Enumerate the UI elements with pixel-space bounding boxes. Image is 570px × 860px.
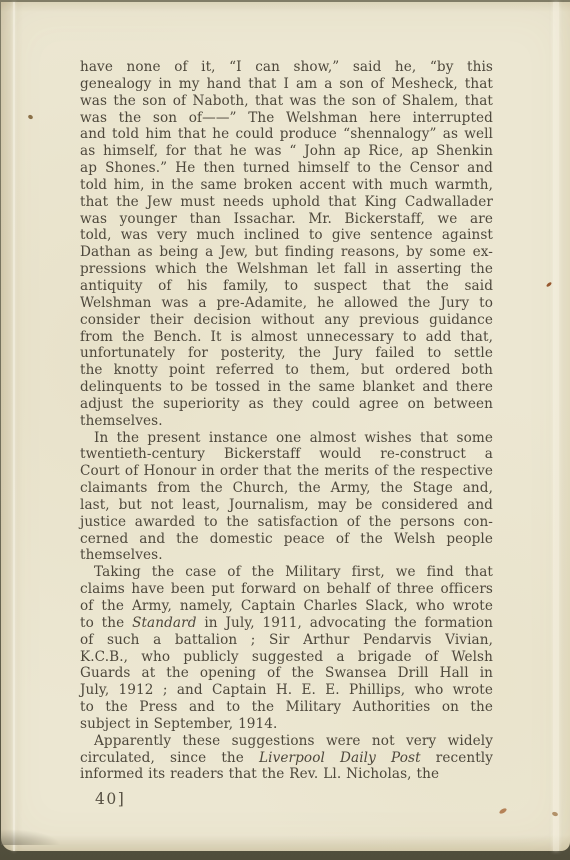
text-line: that the Jew must needs uphold that King… (80, 194, 493, 211)
text-line: claims have been put forward on behalf o… (80, 581, 493, 598)
text-line: Guards at the opening of the Swansea Dri… (80, 665, 493, 682)
text-line: the knotty point referred to them, but o… (80, 362, 493, 379)
scanned-page: have none of it, “I can show,” said he, … (1, 2, 570, 851)
text-line: Taking the case of the Military first, w… (80, 564, 493, 581)
text-line: themselves. (80, 413, 493, 430)
book-photo: have none of it, “I can show,” said he, … (0, 0, 570, 860)
text-line: informed its readers that the Rev. Ll. N… (80, 766, 493, 783)
page-number: 40] (95, 790, 125, 808)
paragraph: have none of it, “I can show,” said he, … (80, 59, 493, 430)
text-line: Welshman was a pre-Adamite, he allowed t… (80, 295, 493, 312)
text-line: from the Bench. It is almost unnecessary… (80, 329, 493, 346)
text-line: told, was very much inclined to give sen… (80, 227, 493, 244)
text-line: last, but not least, Journalism, may be … (80, 497, 493, 514)
page-crease-right (553, 2, 559, 851)
text-line: subject in September, 1914. (80, 716, 493, 733)
text-line: pressions which the Welshman let fall in… (80, 261, 493, 278)
text-line: July, 1912 ; and Captain H. E. E. Philli… (80, 682, 493, 699)
text-line: genealogy in my hand that I am a son of … (80, 76, 493, 93)
paragraph: In the present instance one almost wishe… (80, 430, 493, 565)
page-crease-left (13, 2, 15, 851)
text-line: Court of Honour in order that the merits… (80, 463, 493, 480)
text-line: Apparently these suggestions were not ve… (80, 733, 493, 750)
paragraph: Taking the case of the Military first, w… (80, 564, 493, 732)
text-line: antiquity of his family, to suspect that… (80, 278, 493, 295)
text-line: consider their decision without any prev… (80, 312, 493, 329)
text-line: adjust the superiority as they could agr… (80, 396, 493, 413)
text-block: have none of it, “I can show,” said he, … (80, 59, 493, 783)
text-line: cerned and the domestic peace of the Wel… (80, 531, 493, 548)
text-line: In the present instance one almost wishe… (80, 430, 493, 447)
paper-speck (27, 114, 33, 120)
text-line: justice awarded to the satisfaction of t… (80, 514, 493, 531)
text-line: have none of it, “I can show,” said he, … (80, 59, 493, 76)
text-line: of such a battalion ; Sir Arthur Pendarv… (80, 632, 493, 649)
text-line: unfortunately for posterity, the Jury fa… (80, 345, 493, 362)
text-line: twentieth-century Bickerstaff would re-c… (80, 446, 493, 463)
text-line: of the Army, namely, Captain Charles Sla… (80, 598, 493, 615)
text-line: delinquents to be tossed in the same bla… (80, 379, 493, 396)
paper-speck (546, 281, 553, 287)
text-line: themselves. (80, 547, 493, 564)
text-line: as himself, for that he was “ John ap Ri… (80, 143, 493, 160)
text-line: told him, in the same broken accent with… (80, 177, 493, 194)
text-line: was the son of Naboth, that was the son … (80, 93, 493, 110)
text-line: was younger than Issachar. Mr. Bickersta… (80, 211, 493, 228)
text-line: K.C.B., who publicly suggested a brigade… (80, 649, 493, 666)
text-line: ap Shones.” He then turned himself to th… (80, 160, 493, 177)
text-line: claimants from the Church, the Army, the… (80, 480, 493, 497)
text-line: to the Press and to the Military Authori… (80, 699, 493, 716)
paper-speck (499, 807, 508, 814)
corner-shadow (1, 829, 61, 845)
text-line: was the son of——” The Welshman here inte… (80, 110, 493, 127)
text-line: Dathan as being a Jew, but finding reaso… (80, 244, 493, 261)
text-line: to the Standard in July, 1911, advocatin… (80, 615, 493, 632)
text-line: circulated, since the Liverpool Daily Po… (80, 750, 493, 767)
paragraph: Apparently these suggestions were not ve… (80, 733, 493, 784)
text-line: and told him that he could produce “shen… (80, 126, 493, 143)
